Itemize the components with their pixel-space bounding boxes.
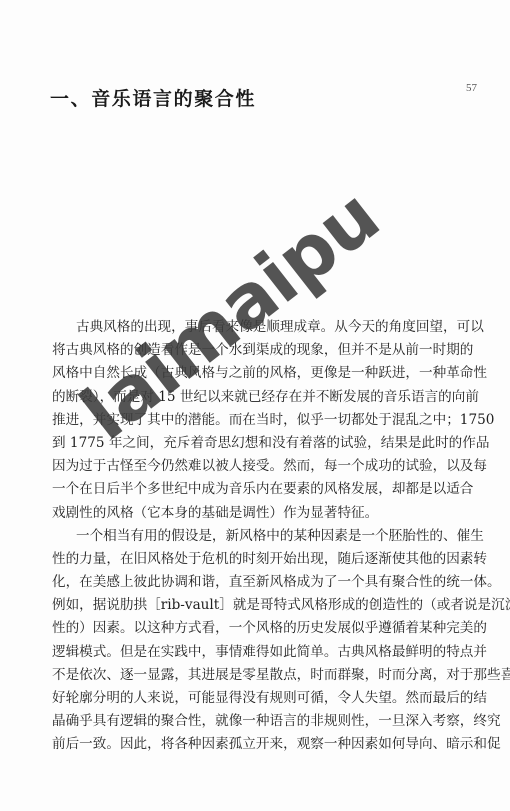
text-line: 逻辑模式。但是在实践中，事情难得如此简单。古典风格最鲜明的特点并 (52, 641, 456, 664)
page-number: 57 (466, 82, 477, 94)
text-line: 一个在日后半个多世纪中成为音乐内在要素的风格发展，却都是以适合 (52, 478, 456, 501)
text-line: 性的）因素。以这种方式看，一个风格的历史发展似乎遵循着某种完美的 (52, 617, 456, 640)
text-line: 到 1775 年之间，充斥着奇思幻想和没有着落的试验，结果是此时的作品 (52, 432, 456, 455)
text-line: 的断裂），而是对 15 世纪以来就已经存在并不断发展的音乐语言的向前 (52, 386, 456, 409)
text-line: 晶确乎具有逻辑的聚合性，就像一种语言的非规则性，一旦深入考察，终究 (52, 710, 456, 733)
text-line: 将古典风格的创造看作是一个水到渠成的现象，但并不是从前一时期的 (52, 339, 456, 362)
text-line: 因为过于古怪至今仍然难以被人接受。然而，每一个成功的试验，以及每 (52, 455, 456, 478)
text-line: 戏剧性的风格（它本身的基础是调性）作为显著特征。 (52, 502, 456, 525)
text-line: 古典风格的出现，事后看来像是顺理成章。从今天的角度回望，可以 (52, 316, 456, 339)
paragraph-1: 古典风格的出现，事后看来像是顺理成章。从今天的角度回望，可以 将古典风格的创造看… (52, 316, 456, 525)
text-line: 不是依次、逐一显露，其进展是零星散点，时而群聚，时而分离，对于那些喜 (52, 664, 456, 687)
text-line: 性的力量，在旧风格处于危机的时刻开始出现，随后逐渐使其他的因素转 (52, 548, 456, 571)
text-line: 推进，并实现了其中的潜能。而在当时，似乎一切都处于混乱之中；1750 (52, 409, 456, 432)
text-line: 好轮廓分明的人来说，可能显得没有规则可循，令人失望。然而最后的结 (52, 687, 456, 710)
book-page: 一、音乐语言的聚合性 57 古典风格的出现，事后看来像是顺理成章。从今天的角度回… (0, 0, 510, 811)
body-text: 古典风格的出现，事后看来像是顺理成章。从今天的角度回望，可以 将古典风格的创造看… (52, 316, 456, 757)
text-line: 化，在美感上彼此协调和谐，直至新风格成为了一个具有聚合性的统一体。 (52, 571, 456, 594)
text-line: 一个相当有用的假设是，新风格中的某种因素是一个胚胎性的、催生 (52, 525, 456, 548)
text-line: 例如，据说肋拱［rib-vault］就是哥特式风格形成的创造性的（或者说是沉淀 (52, 594, 456, 617)
text-line: 风格中自然长成（古典风格与之前的风格，更像是一种跃进，一种革命性 (52, 362, 456, 385)
chapter-title: 一、音乐语言的聚合性 (50, 86, 256, 112)
text-line: 前后一致。因此，将各种因素孤立开来，观察一种因素如何导向、暗示和促 (52, 733, 456, 756)
paragraph-2: 一个相当有用的假设是，新风格中的某种因素是一个胚胎性的、催生 性的力量，在旧风格… (52, 525, 456, 757)
